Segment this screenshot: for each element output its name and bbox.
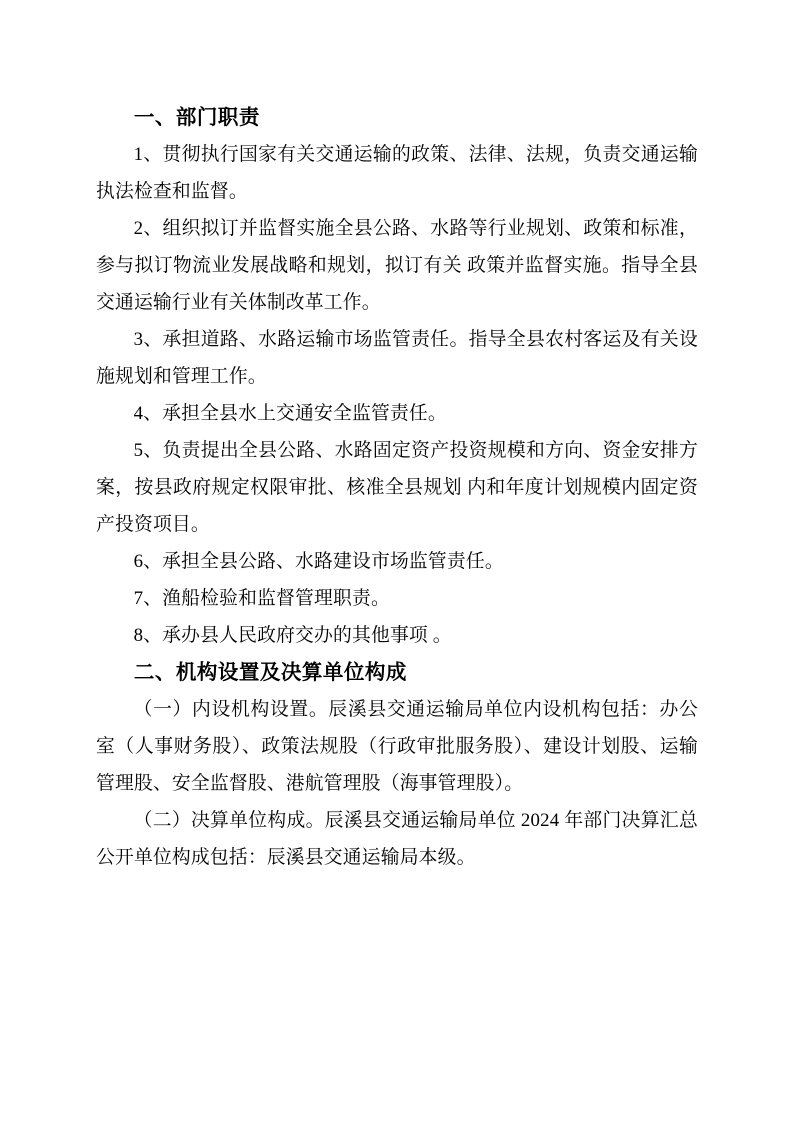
org-internal-setup-paragraph: （一）内设机构设置。辰溪县交通运输局单位内设机构包括：办公室（人事财务股）、政策… (96, 691, 698, 802)
section-heading-department-duties: 一、部门职责 (96, 99, 698, 136)
duty-item-3: 3、承担道路、水路运输市场监管责任。指导全县农村客运及有关设施规划和管理工作。 (96, 321, 698, 395)
document-page: 一、部门职责 1、贯彻执行国家有关交通运输的政策、法律、法规，负责交通运输执法检… (0, 0, 793, 1122)
section-heading-org-structure: 二、机构设置及决算单位构成 (96, 654, 698, 691)
duty-item-6: 6、承担全县公路、水路建设市场监管责任。 (96, 543, 698, 580)
budget-unit-composition-paragraph: （二）决算单位构成。辰溪县交通运输局单位 2024 年部门决算汇总公开单位构成包… (96, 802, 698, 876)
document-body: 一、部门职责 1、贯彻执行国家有关交通运输的政策、法律、法规，负责交通运输执法检… (96, 99, 698, 876)
duty-item-1: 1、贯彻执行国家有关交通运输的政策、法律、法规，负责交通运输执法检查和监督。 (96, 136, 698, 210)
duty-item-4: 4、承担全县水上交通安全监管责任。 (96, 395, 698, 432)
duty-item-2: 2、组织拟订并监督实施全县公路、水路等行业规划、政策和标准，参与拟订物流业发展战… (96, 210, 698, 321)
duty-item-5: 5、负责提出全县公路、水路固定资产投资规模和方向、资金安排方案，按县政府规定权限… (96, 432, 698, 543)
duty-item-8: 8、承办县人民政府交办的其他事项 。 (96, 617, 698, 654)
duty-item-7: 7、渔船检验和监督管理职责。 (96, 580, 698, 617)
